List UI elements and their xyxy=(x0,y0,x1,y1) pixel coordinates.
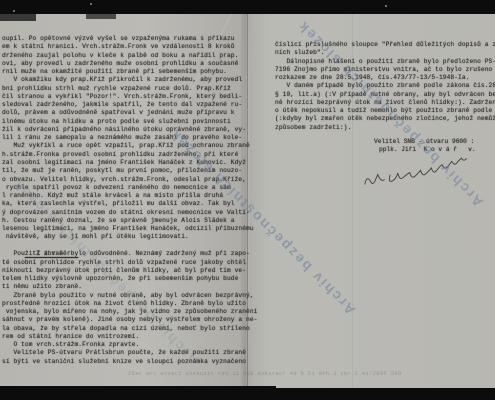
scanned-document-viewer: oupil. Po opětovné výzvě vyšel se vzpaže… xyxy=(0,0,495,400)
typewritten-line: h.strážm.Fronka provedl osobní prohlídku… xyxy=(2,151,244,159)
typewritten-line: ti němu užito zbraně. xyxy=(2,283,248,291)
typewritten-line: V okamžiku kdy prap.Kříž přikročil k zad… xyxy=(2,76,244,84)
typewritten-line: té osobní prohlídce rychle strhl dolů vz… xyxy=(2,259,248,267)
typewritten-line: návštěvě, aby se jí mohl při útěku legit… xyxy=(2,233,244,241)
typewritten-line: Muž vykřikl a ruce opět vzpažil, prap.Kř… xyxy=(2,142,244,150)
typewritten-line: ovi, aby provedl u zadrženého muže osobn… xyxy=(2,60,244,68)
typewritten-line: Zbraně bylo použito v nutné obraně, aby … xyxy=(2,292,248,300)
typewritten-line: § 10, lit.a) (:V případě nutné obrany, a… xyxy=(275,91,495,99)
typewritten-line: V daném případě bylo použito zbraně podl… xyxy=(275,82,495,90)
left-page-text-bottom: Použití zbraně bylo odůvodněné. Neznámý … xyxy=(2,250,248,366)
typewritten-line: ilnému útoku na hlídku a proto podle své… xyxy=(2,118,244,126)
typewritten-line: niknouti bezprávný útok proti členům hlí… xyxy=(2,267,248,275)
scan-edge-shadow xyxy=(0,14,36,21)
typewritten-line: rem od státní hranice do vnitrozemí. xyxy=(2,333,248,341)
scan-edge-shadow xyxy=(86,14,116,19)
typewritten-line: ý doprovázen sanitním vozem do státní ok… xyxy=(2,209,244,217)
left-page-text-top: oupil. Po opětovné výzvě vyšel se vzpaže… xyxy=(2,35,244,242)
typewritten-line: sáhnut v pravém koleně). Jiné osoby neby… xyxy=(2,316,248,324)
typewritten-line: ka, která zaslechla výstřel, přiložil mu… xyxy=(2,200,244,208)
typewritten-line: dolů, právem a odůvodněně spatřoval v je… xyxy=(2,109,244,117)
typewritten-line: žil k odvrácení případného násilného úto… xyxy=(2,126,244,134)
typewritten-line: rychle spatřil povoz k odvezení raněného… xyxy=(2,184,244,192)
typewritten-line: zal osobní legitimaci na jméno František… xyxy=(2,159,244,167)
typewritten-line: Dálnopisné hlášení o použití zbraně bylo… xyxy=(275,58,495,66)
typewritten-line: ních služeb". xyxy=(275,49,495,57)
typewritten-line: ně hrozící bezprávný útok na život členů… xyxy=(275,99,495,107)
right-page-text: číslicí příslušného sloupce "Přehled důl… xyxy=(275,41,495,132)
typewritten-line: 7196 Znojmo přímo ministerstvu vnitra, a… xyxy=(275,66,495,74)
typewritten-line: em k státní hranici. Vrch.strážm.Fronk v… xyxy=(2,43,244,51)
typewritten-line: Velitele PS-útvaru Prátlsbrun poučte, že… xyxy=(2,349,248,357)
dust-speck xyxy=(385,5,387,7)
typewritten-line: bní prohlídku strhl muž rychle vzpažené … xyxy=(2,85,244,93)
typewritten-line: sí býti ve staniční služební knize ve sl… xyxy=(2,358,248,366)
dust-speck xyxy=(13,10,15,12)
scan-border-top xyxy=(0,0,495,14)
typewritten-line: (:kdyby byl zmařen útěk nebezpečného zlo… xyxy=(275,115,495,123)
typewritten-line: o obvazu. Velitel hlídky, vrch.strážm.Fr… xyxy=(2,176,244,184)
typewritten-line: h. Cestou raněný doznal, že se správně j… xyxy=(2,217,244,225)
scanner-imprint-illegible: Zšac arc utvací ovzkuzit ren 11 000 doku… xyxy=(128,371,495,377)
typewritten-line: la obava, že by střela dopadla na cizí ú… xyxy=(2,325,248,333)
typewritten-line: til, že muž je raněn, poskytl mu první p… xyxy=(2,167,244,175)
scan-area: oupil. Po opětovné výzvě vyšel se vzpaže… xyxy=(0,14,495,388)
signature-block-line2: pplk. Jiří K o v á ř v. xyxy=(379,146,476,154)
typewritten-line: drženého zaujal polohu v kleče k palbě o… xyxy=(2,52,244,60)
typewritten-line: prostředně hrozící útok na život členů h… xyxy=(2,300,248,308)
typewritten-line: Použití zbraně bylo odůvodněné. Neznámý … xyxy=(2,250,248,258)
typewritten-line: čil stranou a vykřikl "Pozor!". Vrch.str… xyxy=(2,93,244,101)
scan-border-bottom xyxy=(0,388,495,400)
dust-speck xyxy=(90,3,92,5)
typewritten-line: způsobem zadržeti:). xyxy=(275,124,495,132)
